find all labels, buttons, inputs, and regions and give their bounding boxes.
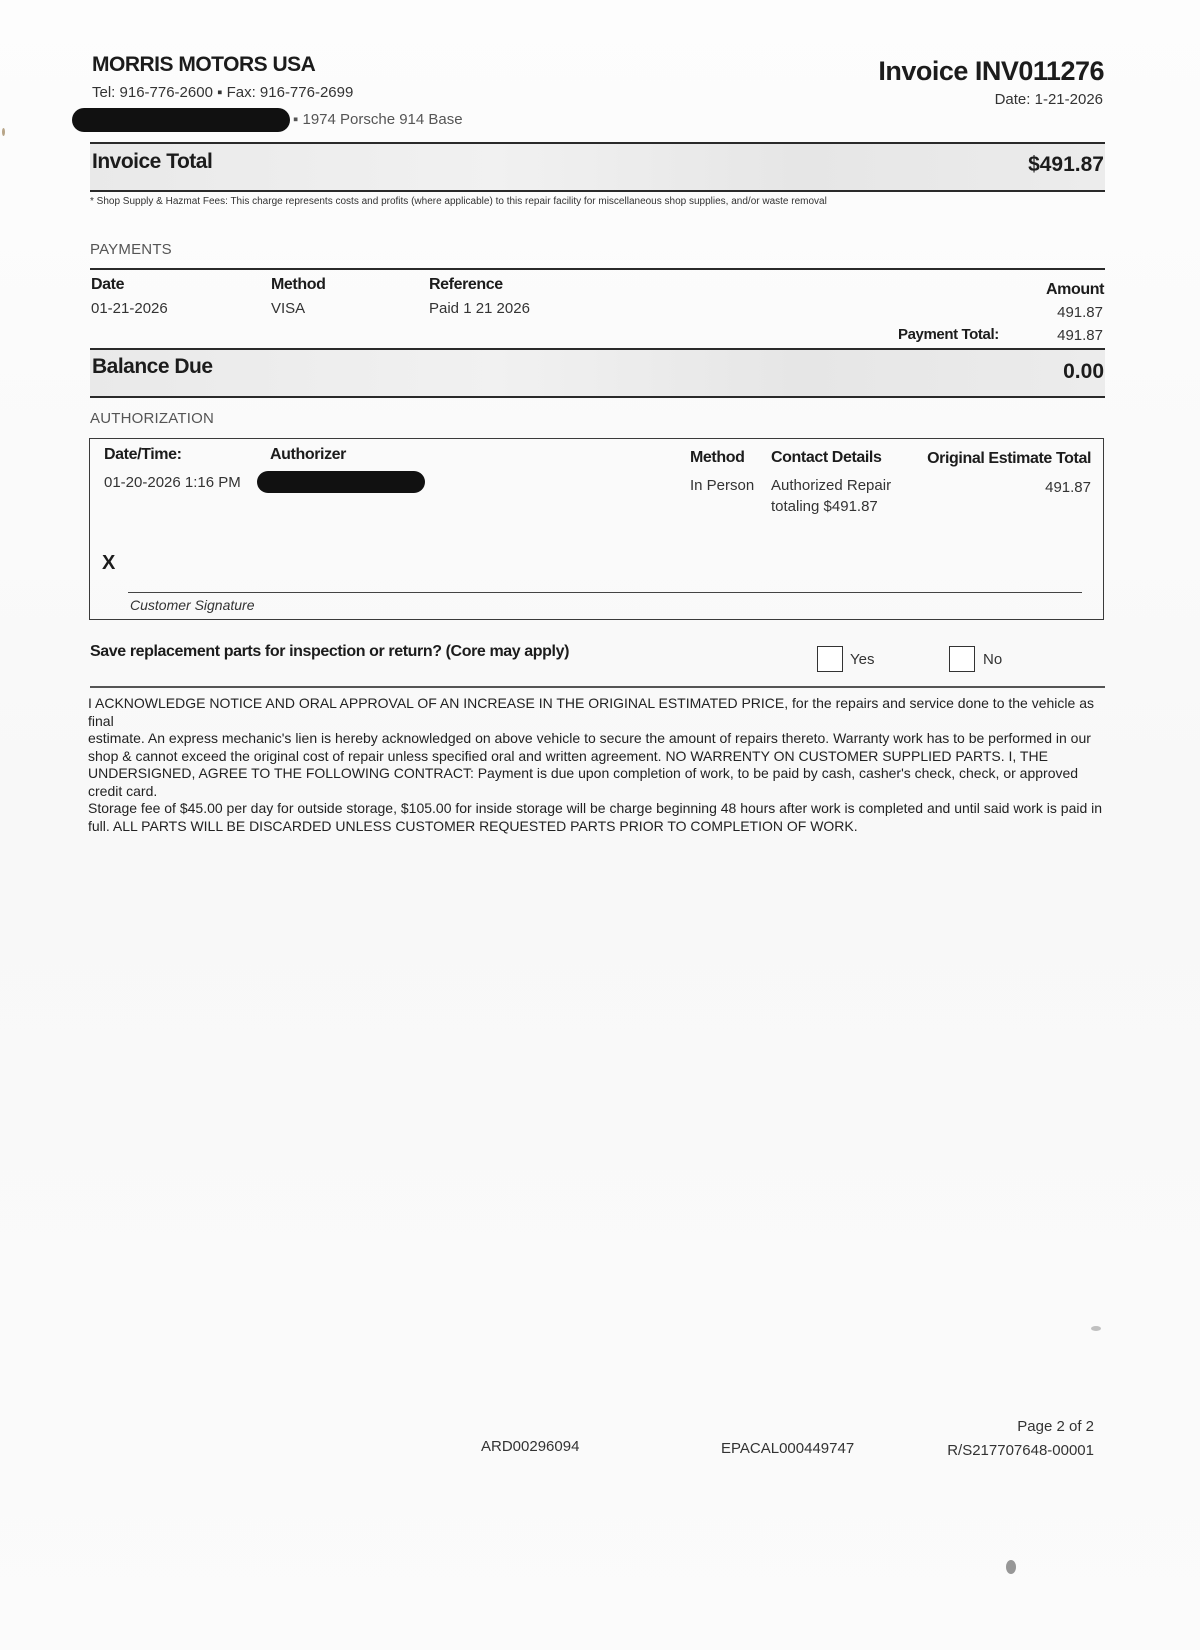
invoice-date: Date: 1-21-2026	[995, 91, 1103, 108]
divider	[90, 268, 1105, 270]
payments-col-amount: Amount	[1046, 281, 1104, 299]
vehicle-description: ▪ 1974 Porsche 914 Base	[293, 111, 463, 128]
auth-col-contact-details: Contact Details	[771, 449, 881, 467]
divider	[90, 396, 1105, 398]
invoice-title: Invoice INV011276	[878, 56, 1104, 87]
terms-line: estimate. An express mechanic's lien is …	[88, 730, 1108, 748]
scan-speck	[1006, 1560, 1016, 1574]
terms-and-conditions: I ACKNOWLEDGE NOTICE AND ORAL APPROVAL O…	[88, 695, 1108, 835]
terms-line: shop & cannot exceed the original cost o…	[88, 748, 1108, 766]
balance-due-band	[90, 350, 1105, 396]
scan-speck	[2, 128, 5, 136]
terms-line: Storage fee of $45.00 per day for outsid…	[88, 800, 1108, 818]
save-parts-no-label: No	[983, 651, 1002, 668]
epa-number: EPACAL000449747	[721, 1440, 854, 1457]
divider	[90, 686, 1105, 688]
payments-section-label: PAYMENTS	[90, 241, 172, 258]
payments-col-method: Method	[271, 276, 325, 294]
shop-supply-fine-print: * Shop Supply & Hazmat Fees: This charge…	[90, 196, 827, 207]
scan-speck	[1091, 1326, 1101, 1331]
terms-line: I ACKNOWLEDGE NOTICE AND ORAL APPROVAL O…	[88, 695, 1108, 730]
invoice-total-value: $491.87	[1028, 153, 1104, 177]
payment-amount: 491.87	[1057, 304, 1103, 321]
redacted-authorizer-name	[257, 471, 425, 493]
auth-contact-line2: totaling $491.87	[771, 498, 878, 515]
terms-line: full. ALL PARTS WILL BE DISCARDED UNLESS…	[88, 818, 1108, 836]
page-number: Page 2 of 2	[1017, 1418, 1094, 1435]
save-parts-yes-label: Yes	[850, 651, 874, 668]
payment-method: VISA	[271, 300, 305, 317]
auth-col-datetime: Date/Time:	[104, 446, 182, 464]
balance-due-label: Balance Due	[92, 355, 213, 379]
balance-due-value: 0.00	[1063, 360, 1104, 384]
save-parts-yes-checkbox[interactable]	[817, 646, 843, 672]
auth-method: In Person	[690, 477, 754, 494]
redacted-customer-name	[72, 108, 290, 132]
customer-signature-label: Customer Signature	[130, 597, 255, 613]
ard-number: ARD00296094	[481, 1438, 579, 1455]
payment-reference: Paid 1 21 2026	[429, 300, 530, 317]
signature-line[interactable]	[128, 592, 1082, 593]
save-parts-question: Save replacement parts for inspection or…	[90, 643, 569, 661]
invoice-total-band	[90, 144, 1105, 190]
invoice-page: MORRIS MOTORS USA Tel: 916-776-2600 ▪ Fa…	[0, 0, 1200, 1650]
payments-col-date: Date	[91, 276, 124, 294]
shop-contact: Tel: 916-776-2600 ▪ Fax: 916-776-2699	[92, 84, 353, 101]
invoice-total-label: Invoice Total	[92, 150, 212, 174]
auth-col-original-estimate: Original Estimate Total	[927, 450, 1091, 468]
auth-col-method: Method	[690, 449, 744, 467]
terms-line: UNDERSIGNED, AGREE TO THE FOLLOWING CONT…	[88, 765, 1108, 800]
payment-total-label: Payment Total:	[898, 326, 999, 343]
divider	[90, 190, 1105, 192]
auth-contact-line1: Authorized Repair	[771, 477, 891, 494]
repair-order-number: R/S217707648-00001	[947, 1442, 1094, 1459]
shop-name: MORRIS MOTORS USA	[92, 53, 315, 77]
payments-col-reference: Reference	[429, 276, 503, 294]
authorization-section-label: AUTHORIZATION	[90, 410, 214, 427]
auth-datetime: 01-20-2026 1:16 PM	[104, 474, 241, 491]
auth-col-authorizer: Authorizer	[270, 446, 346, 464]
signature-x-mark: X	[102, 552, 115, 575]
auth-original-estimate: 491.87	[1045, 479, 1091, 496]
payment-total-value: 491.87	[1057, 327, 1103, 344]
save-parts-no-checkbox[interactable]	[949, 646, 975, 672]
payment-date: 01-21-2026	[91, 300, 168, 317]
